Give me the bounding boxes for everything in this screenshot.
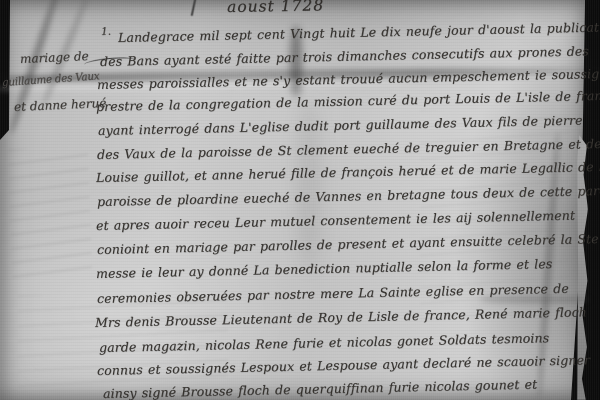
- margin-note-line: mariage de: [20, 49, 89, 66]
- heading-date: aoust 1728: [227, 0, 324, 16]
- margin-entry-number: 1.: [101, 26, 112, 38]
- register-scan-photo: aoust 1728 1. mariage de guillaume des V…: [0, 0, 600, 400]
